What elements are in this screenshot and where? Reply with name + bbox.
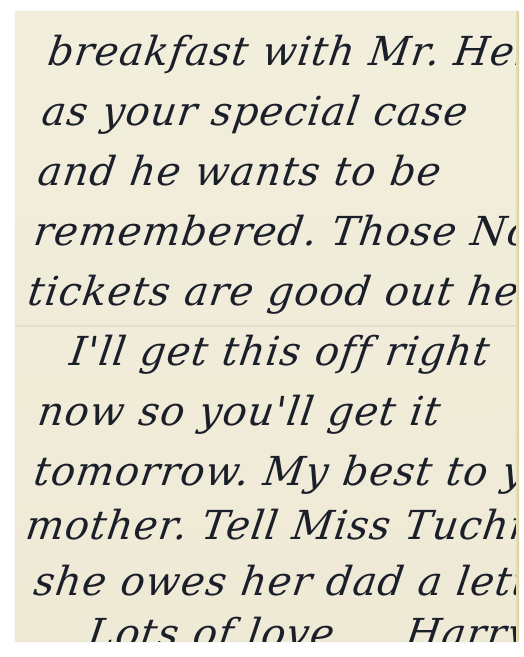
letter-closing: Lots of love. Harry. [85, 611, 519, 642]
letter-line-6: I'll get this off right [67, 329, 493, 375]
closing-love: love. [245, 611, 352, 642]
letter-line-9: mother. Tell Miss Tuchman [23, 503, 519, 549]
letter-line-8: tomorrow. My best to your [31, 449, 519, 495]
letter-line-2: as your special case [39, 89, 472, 135]
paper-fold-line [15, 325, 519, 327]
letter-page: breakfast with Mr. Hehn as your special … [15, 11, 519, 642]
signature: Harry. [403, 611, 519, 642]
closing-prefix: Lots of [85, 611, 237, 642]
letter-line-1: breakfast with Mr. Hehn [45, 29, 519, 75]
letter-line-10: she owes her dad a letter. [31, 559, 519, 605]
letter-line-3: and he wants to be [35, 149, 445, 195]
letter-line-5: tickets are good out here. [25, 269, 519, 315]
letter-line-7: now so you'll get it [35, 389, 444, 435]
letter-line-4: remembered. Those No 8 [31, 209, 519, 255]
